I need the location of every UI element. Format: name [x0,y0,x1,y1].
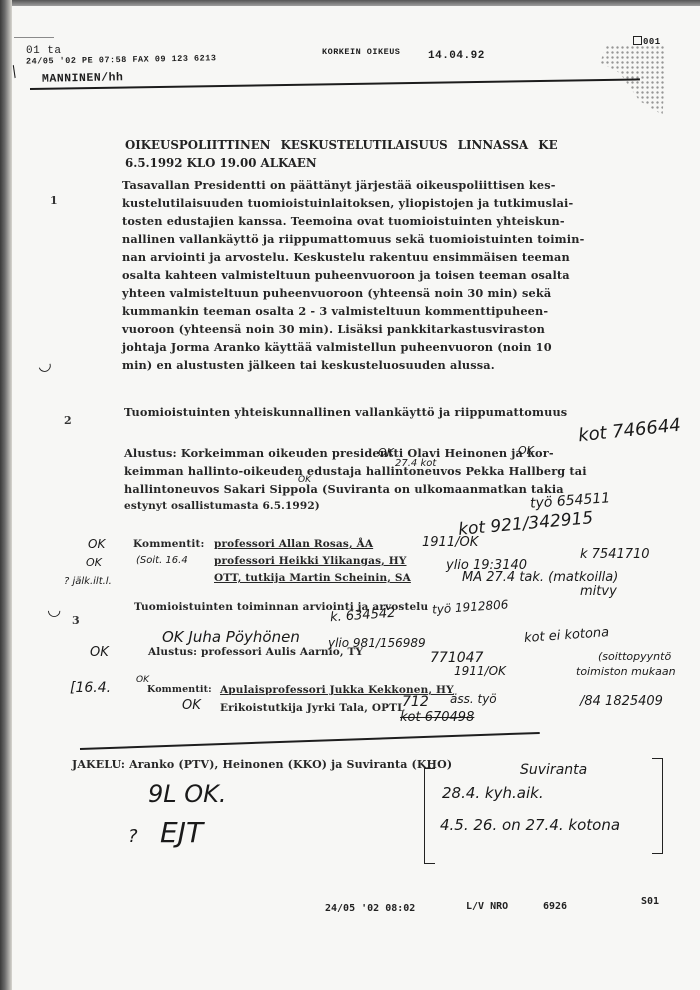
hw-28-4: 28.4. kyh.aik. [442,784,544,802]
hw-bracket-16-4: [16.4. [70,680,111,696]
page-counter-box-icon [633,36,642,45]
section-1-line: vuoroon (yhteensä noin 30 min). Lisäksi … [122,322,545,336]
section-1-line: kummankin teeman osalta 2 - 3 valmistelt… [122,304,548,318]
section-2-heading: Tuomioistuinten yhteiskunnallinen vallan… [124,405,567,419]
distribution-list: JAKELU: Aranko (PTV), Heinonen (KKO) ja … [72,758,452,771]
hw-ok-hallberg: OK [378,446,394,459]
section-1-line: nan arviointi ja arvostelu. Keskustelu r… [122,250,570,264]
document-title-line1: OIKEUSPOLIITTINEN KESKUSTELUTILAISUUS LI… [125,138,558,152]
hw-4-5: 4.5. 26. on 27.4. kotona [440,816,620,834]
author-initials: MANNINEN/hh [42,71,124,85]
fax-footer-page-code: S01 [641,896,659,907]
section-2-alustus-4: estynyt osallistumasta 6.5.1992) [124,500,320,512]
hw-ok-heinonen: OK [518,444,534,457]
hw-bracket-left [424,768,435,864]
hw-kot-670: kot 670498 [400,710,474,725]
section-1-line: min) en alustusten jälkeen tai keskustel… [122,358,495,372]
section-1-line: nallinen vallankäyttö ja riippumattomuus… [122,232,584,246]
hw-1911-ok: 1911/OK [422,535,478,550]
hw-1825409: /84 1825409 [580,694,663,709]
section-2-kommentti-3: OTT, tutkija Martin Scheinin, SA [214,572,411,584]
hw-ok-aarnio: OK [90,645,109,660]
section-1-line: Tasavallan Presidentti on päättänyt järj… [122,178,556,192]
hw-ok-kekkonen: OK [136,675,149,685]
section-3-kommentti-2: Erikoistutkija Jyrki Tala, OPTL [220,702,405,714]
hw-ma-27-4: MA 27.4 tak. (matkoilla) [462,570,618,585]
hw-ok-juha-poyhonen: OK Juha Pöyhönen [162,628,300,646]
scan-edge-left [0,0,12,990]
section-2-kommentit-label: Kommentit: [133,538,205,550]
section-2-kommentti-2: professori Heikki Ylikangas, HY [214,555,406,567]
section-2-alustus-2: keimman hallinto-oikeuden edustaja halli… [124,464,587,478]
fax-date-stamp: 14.04.92 [428,50,485,62]
section-1-number: 1 [50,194,58,207]
fax-footer-lv-label: L/V NRO [466,901,508,912]
section-1-line: johtaja Jorma Aranko käyttää valmistellu… [122,340,552,354]
section-1-line: tosten edustajien kanssa. Teemoina ovat … [122,214,565,228]
hw-toimiston-mukaan: toimiston mukaan [576,665,676,678]
section-1-line: kustelutilaisuuden tuomioistuinlaitoksen… [122,196,573,210]
section-2-alustus-3: hallintoneuvos Sakari Sippola (Suviranta… [124,482,564,496]
hw-question-jalk: ? jälk.ilt.l. [64,576,112,587]
hw-bracket-right [652,758,663,854]
hw-mitvy: mitvy [580,584,617,599]
fax-footer-lv-number: 6926 [543,901,567,912]
section-2-alustus-1: Alustus: Korkeimman oikeuden presidentti… [124,446,554,460]
fold-line [14,37,54,38]
section-1-line: yhteen valmisteltuun puheenvuoroon (yhte… [122,286,551,300]
fax-footer-timestamp: 24/05 '02 08:02 [325,903,415,914]
hw-suviranta: Suviranta [520,762,587,778]
hw-ylio-981: ylio 981/156989 [328,636,426,650]
hw-question-mark: ? [128,826,138,847]
hw-ok-rosas: OK [88,537,105,551]
hw-ok-tala: OK [182,698,201,713]
hw-smile-mark: ◡ [48,600,60,619]
hw-k-7541710: k 7541710 [580,547,650,562]
section-2-kommentti-1: professori Allan Rosas, ÅA [214,538,373,550]
hw-soittopyynto: (soittopyyntö [598,650,671,663]
document-title-line2: 6.5.1992 KLO 19.00 ALKAEN [125,156,317,170]
fax-sender: KORKEIN OIKEUS [322,47,400,57]
section-2-number: 2 [64,414,72,427]
hw-ok-ylikangas: OK [86,556,102,569]
hw-9l-ok: 9L OK. [148,780,227,808]
hw-ejt: EJT [160,816,203,849]
section-3-kommentit-label: Kommentit: [147,684,212,695]
hw-712: 712 [402,694,429,710]
hw-soit-16-4: (Soit. 16.4 [136,555,188,566]
hw-ok-sippola: OK [298,475,311,485]
hw-27-4-kot: 27.4 kot [395,458,436,469]
hw-ass-tyo: äss. työ [450,692,497,706]
section-3-number: 3 [72,614,80,627]
hw-1911-ok-2: 1911/OK [454,664,506,678]
section-1-line: osalta kahteen valmisteltuun puheenvuoro… [122,268,570,282]
